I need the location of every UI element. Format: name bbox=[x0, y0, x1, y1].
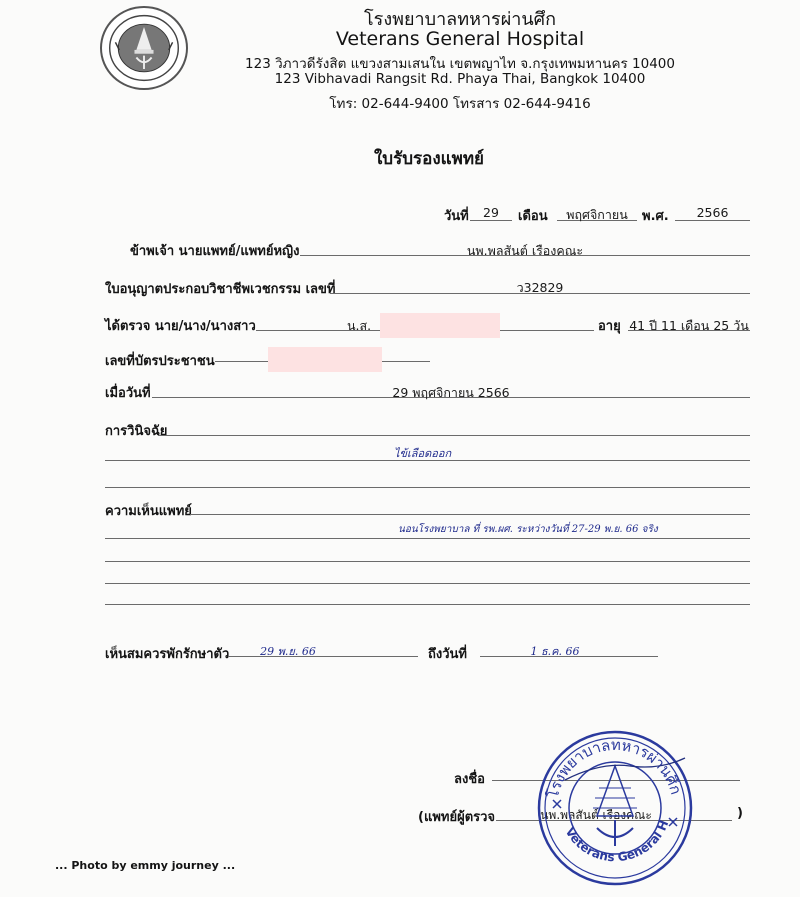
document-title: ใบรับรองแพทย์ bbox=[374, 145, 484, 172]
patient-prefix: น.ส. bbox=[347, 316, 371, 336]
age-value: 41 ปี 11 เดือน 25 วัน bbox=[628, 316, 750, 336]
rest-to-handwritten: 1 ธ.ค. 66 bbox=[480, 642, 630, 660]
rest-from-handwritten: 29 พ.ย. 66 bbox=[228, 642, 348, 660]
rest-to-label: ถึงวันที่ bbox=[428, 643, 467, 664]
signature-label: ลงชื่อ bbox=[454, 768, 485, 789]
redacted-id-number bbox=[268, 347, 382, 372]
id-card-label: เลขที่บัตรประชาชน bbox=[105, 350, 215, 371]
doctor-name: นพ.พลสันต์ เรืองคณะ bbox=[300, 241, 750, 261]
exam-date-value: 29 พฤศจิกายน 2566 bbox=[152, 383, 750, 403]
examiner-label: (แพทย์ผู้ตรวจ bbox=[418, 806, 495, 827]
year-label: พ.ศ. bbox=[642, 205, 669, 226]
license-label: ใบอนุญาตประกอบวิชาชีพเวชกรรม เลขที่ bbox=[105, 278, 335, 299]
photo-credit: ... Photo by emmy journey ... bbox=[55, 859, 235, 872]
month-label: เดือน bbox=[518, 205, 548, 226]
exam-date-label: เมื่อวันที่ bbox=[105, 382, 151, 403]
year-value: 2566 bbox=[675, 205, 750, 220]
opinion-handwritten: นอนโรงพยาบาล ที่ รพ.ผศ. ระหว่างวันที่ 27… bbox=[398, 522, 658, 537]
examiner-close-paren: ) bbox=[737, 806, 743, 821]
signature-stroke bbox=[560, 752, 690, 782]
license-number: ว32829 bbox=[330, 278, 750, 298]
day-value: 29 bbox=[470, 205, 512, 220]
doctor-label: ข้าพเจ้า นายแพทย์/แพทย์หญิง bbox=[130, 240, 299, 261]
rest-period-label: เห็นสมควรพักรักษาตัว bbox=[105, 643, 229, 664]
diagnosis-label: การวินิจฉัย bbox=[105, 420, 167, 441]
month-value: พฤศจิกายน bbox=[557, 205, 637, 225]
day-label: วันที่ bbox=[444, 205, 469, 226]
age-label: อายุ bbox=[598, 315, 621, 336]
phone-fax: โทร: 02-644-9400 โทรสาร 02-644-9416 bbox=[0, 92, 800, 114]
redacted-patient-name bbox=[380, 313, 500, 338]
hospital-name-en: Veterans General Hospital bbox=[0, 28, 800, 50]
patient-label: ได้ตรวจ นาย/นาง/นางสาว bbox=[105, 315, 256, 336]
diagnosis-handwritten: ไข้เลือดออก bbox=[394, 444, 451, 462]
doctor-opinion-label: ความเห็นแพทย์ bbox=[105, 500, 192, 521]
address-en: 123 Vibhavadi Rangsit Rd. Phaya Thai, Ba… bbox=[0, 71, 800, 87]
